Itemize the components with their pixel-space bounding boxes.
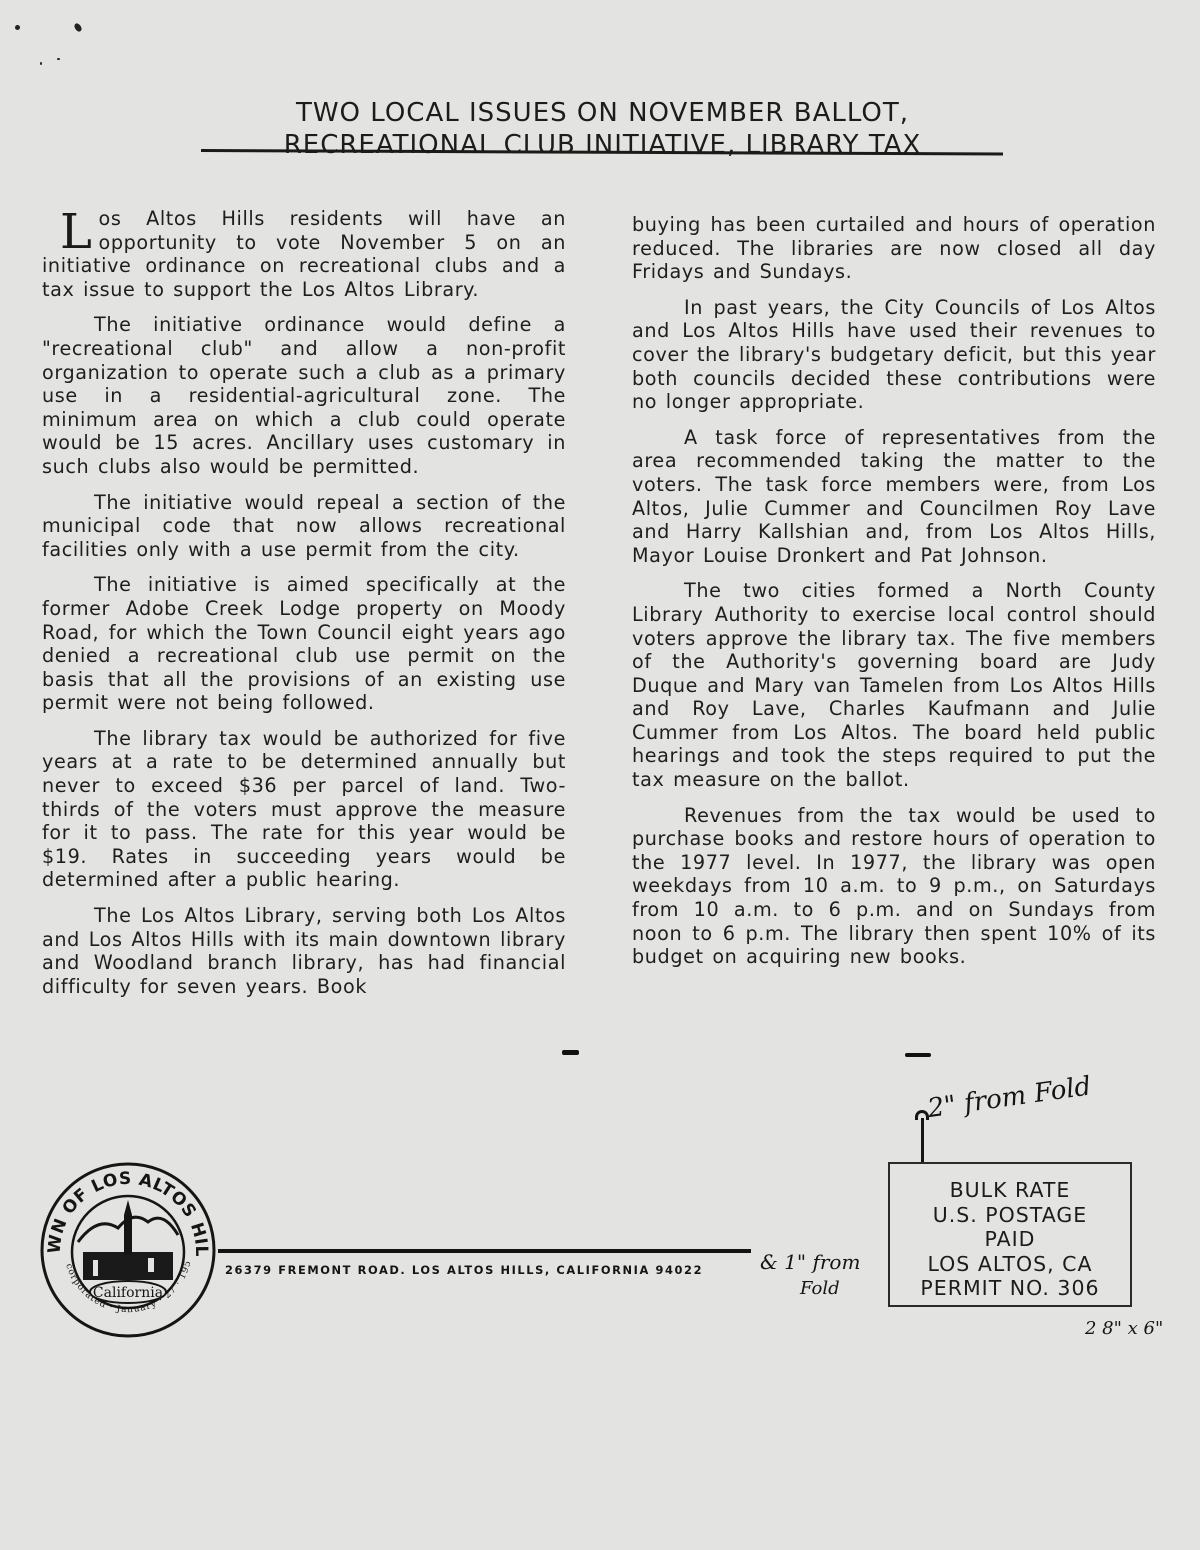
scan-speck bbox=[15, 25, 20, 30]
paragraph: A task force of representatives from the… bbox=[632, 426, 1156, 568]
fold-mark bbox=[905, 1053, 931, 1057]
indicia-line: PERMIT NO. 306 bbox=[890, 1276, 1130, 1301]
paragraph: The two cities formed a North County Lib… bbox=[632, 579, 1156, 791]
handwritten-note: Fold bbox=[800, 1278, 840, 1299]
paragraph: The initiative would repeal a section of… bbox=[42, 491, 566, 562]
paragraph: In past years, the City Councils of Los … bbox=[632, 296, 1156, 414]
town-seal-icon: TOWN OF LOS ALTOS HILLS incorporated · J… bbox=[38, 1160, 218, 1340]
paragraph: The library tax would be authorized for … bbox=[42, 727, 566, 892]
arrow-icon bbox=[921, 1118, 924, 1162]
fold-mark bbox=[562, 1050, 579, 1055]
handwritten-note: 2" from Fold bbox=[926, 1071, 1093, 1124]
address-rule bbox=[218, 1249, 751, 1253]
return-address: 26379 FREMONT ROAD. LOS ALTOS HILLS, CAL… bbox=[225, 1263, 703, 1277]
postage-indicia: BULK RATE U.S. POSTAGE PAID LOS ALTOS, C… bbox=[888, 1162, 1132, 1307]
paragraph-text: os Altos Hills residents will have an op… bbox=[42, 207, 566, 301]
indicia-line: U.S. POSTAGE bbox=[890, 1203, 1130, 1228]
handwritten-note: 2 8" x 6" bbox=[1085, 1318, 1163, 1339]
paragraph: Los Altos Hills residents will have an o… bbox=[42, 207, 566, 301]
scan-speck bbox=[73, 22, 83, 33]
scan-speck bbox=[57, 58, 60, 60]
indicia-line: LOS ALTOS, CA bbox=[890, 1252, 1130, 1277]
article-column-left: Los Altos Hills residents will have an o… bbox=[42, 207, 566, 1010]
indicia-line: PAID bbox=[890, 1227, 1130, 1252]
paragraph: The Los Altos Library, serving both Los … bbox=[42, 904, 566, 998]
paragraph: Revenues from the tax would be used to p… bbox=[632, 804, 1156, 969]
handwritten-note: & 1" from bbox=[760, 1250, 860, 1274]
article-column-right: buying has been curtailed and hours of o… bbox=[632, 213, 1156, 981]
paragraph: buying has been curtailed and hours of o… bbox=[632, 213, 1156, 284]
indicia-line: BULK RATE bbox=[890, 1178, 1130, 1203]
scan-speck bbox=[40, 62, 42, 65]
headline-line-2: RECREATIONAL CLUB INITIATIVE, LIBRARY TA… bbox=[200, 129, 1005, 161]
arrow-head-icon bbox=[915, 1110, 929, 1120]
seal-center-text: California bbox=[93, 1285, 163, 1301]
paragraph: The initiative ordinance would define a … bbox=[42, 313, 566, 478]
drop-cap: L bbox=[60, 211, 92, 253]
headline-line-1: TWO LOCAL ISSUES ON NOVEMBER BALLOT, bbox=[200, 97, 1005, 129]
paragraph: The initiative is aimed specifically at … bbox=[42, 573, 566, 715]
